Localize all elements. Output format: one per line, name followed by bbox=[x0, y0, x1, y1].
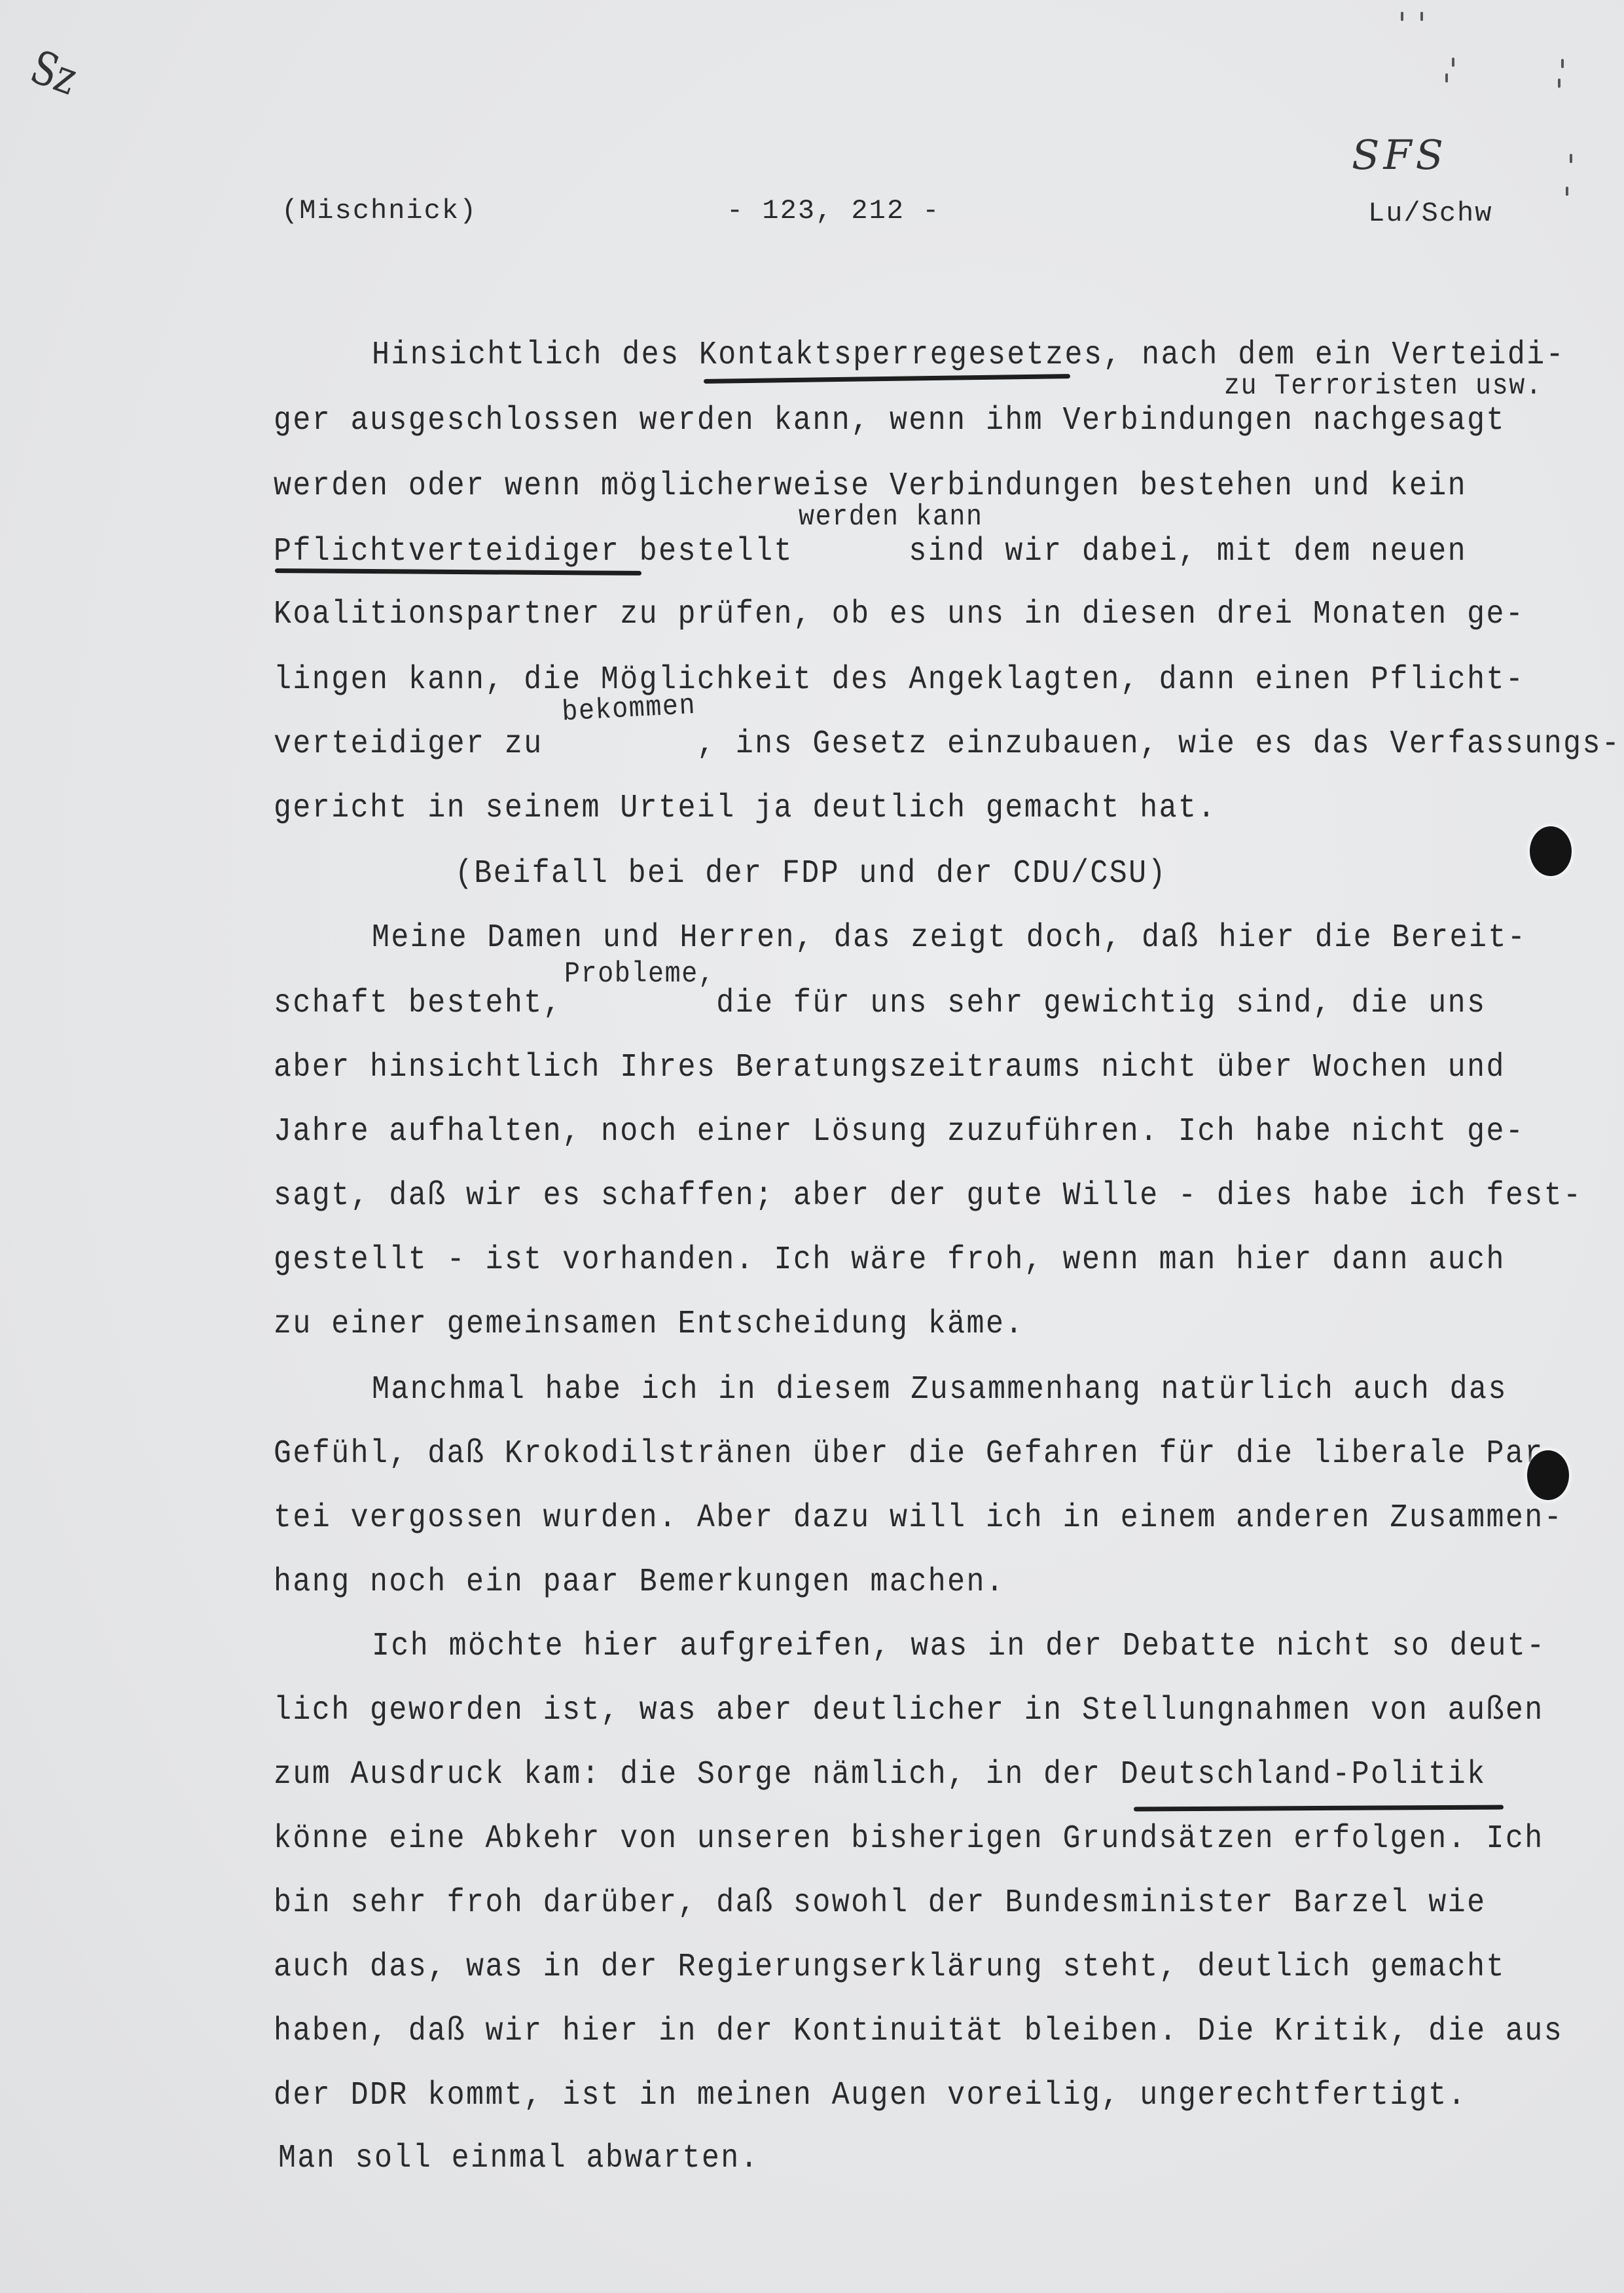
text-line: schaft besteht, die für uns sehr gewicht… bbox=[274, 983, 1486, 1024]
punch-hole-lower bbox=[1527, 1450, 1569, 1500]
text-line: zu einer gemeinsamen Entscheidung käme. bbox=[274, 1304, 1024, 1345]
speck bbox=[1558, 79, 1561, 88]
punch-hole-upper bbox=[1530, 826, 1572, 876]
text-line: gestellt - ist vorhanden. Ich wäre froh,… bbox=[274, 1239, 1506, 1281]
speck bbox=[1570, 154, 1572, 163]
text-line: ger ausgeschlossen werden kann, wenn ihm… bbox=[274, 400, 1506, 441]
speck bbox=[1561, 59, 1564, 68]
text-line: lich geworden ist, was aber deutlicher i… bbox=[274, 1690, 1544, 1731]
underline-deutschland-politik bbox=[1134, 1805, 1504, 1812]
speck bbox=[1445, 73, 1448, 83]
text-line: könne eine Abkehr von unseren bisherigen… bbox=[274, 1818, 1544, 1860]
text-line: Man soll einmal abwarten. bbox=[278, 2138, 759, 2179]
text-line: bin sehr froh darüber, daß sowohl der Bu… bbox=[274, 1882, 1486, 1924]
text-line: tei vergossen wurden. Aber dazu will ich… bbox=[274, 1497, 1563, 1539]
scanned-page: Sz SFS (Mischnick) - 123, 212 - Lu/Schw … bbox=[0, 0, 1624, 2293]
text-line: sagt, daß wir es schaffen; aber der gute… bbox=[274, 1175, 1583, 1217]
text-line: haben, daß wir hier in der Kontinuität b… bbox=[274, 2011, 1563, 2052]
speaker-name: (Mischnick) bbox=[281, 194, 477, 228]
text-line: gericht in seinem Urteil ja deutlich gem… bbox=[274, 788, 1217, 829]
text-line: Jahre aufhalten, noch einer Lösung zuzuf… bbox=[274, 1111, 1525, 1152]
text-line: zum Ausdruck kam: die Sorge nämlich, in … bbox=[274, 1754, 1486, 1795]
text-line: Hinsichtlich des Kontaktsperregesetzes, … bbox=[372, 335, 1565, 376]
text-line: werden oder wenn möglicherweise Verbindu… bbox=[274, 466, 1467, 507]
text-line: Pflichtverteidiger bestellt sind wir dab… bbox=[274, 531, 1467, 572]
text-line: Ich möchte hier aufgreifen, was in der D… bbox=[372, 1626, 1546, 1667]
text-line: der DDR kommt, ist in meinen Augen vorei… bbox=[274, 2075, 1467, 2116]
text-line: verteidiger zu , ins Gesetz einzubauen, … bbox=[274, 724, 1621, 765]
applause-note: (Beifall bei der FDP und der CDU/CSU) bbox=[455, 853, 1167, 894]
speck bbox=[1452, 58, 1454, 67]
stamp-mark: SFS bbox=[1352, 131, 1447, 179]
speck bbox=[1566, 187, 1568, 196]
text-line: Koalitionspartner zu prüfen, ob es uns i… bbox=[274, 594, 1525, 635]
speck bbox=[1420, 12, 1423, 21]
page-number: - 123, 212 - bbox=[727, 194, 940, 228]
handwritten-corner-mark: Sz bbox=[24, 40, 84, 105]
text-line: aber hinsichtlich Ihres Beratungszeitrau… bbox=[274, 1047, 1506, 1088]
text-line: Manchmal habe ich in diesem Zusammenhang… bbox=[372, 1369, 1507, 1410]
typist-initials: Lu/Schw bbox=[1368, 196, 1492, 230]
text-line: auch das, was in der Regierungserklärung… bbox=[274, 1947, 1506, 1988]
speck bbox=[1401, 12, 1403, 21]
text-line: hang noch ein paar Bemerkungen machen. bbox=[274, 1562, 1005, 1603]
text-line: Gefühl, daß Krokodilstränen über die Gef… bbox=[274, 1433, 1563, 1475]
text-line: Meine Damen und Herren, das zeigt doch, … bbox=[372, 917, 1526, 959]
text-line: lingen kann, die Möglichkeit des Angekla… bbox=[274, 659, 1525, 701]
